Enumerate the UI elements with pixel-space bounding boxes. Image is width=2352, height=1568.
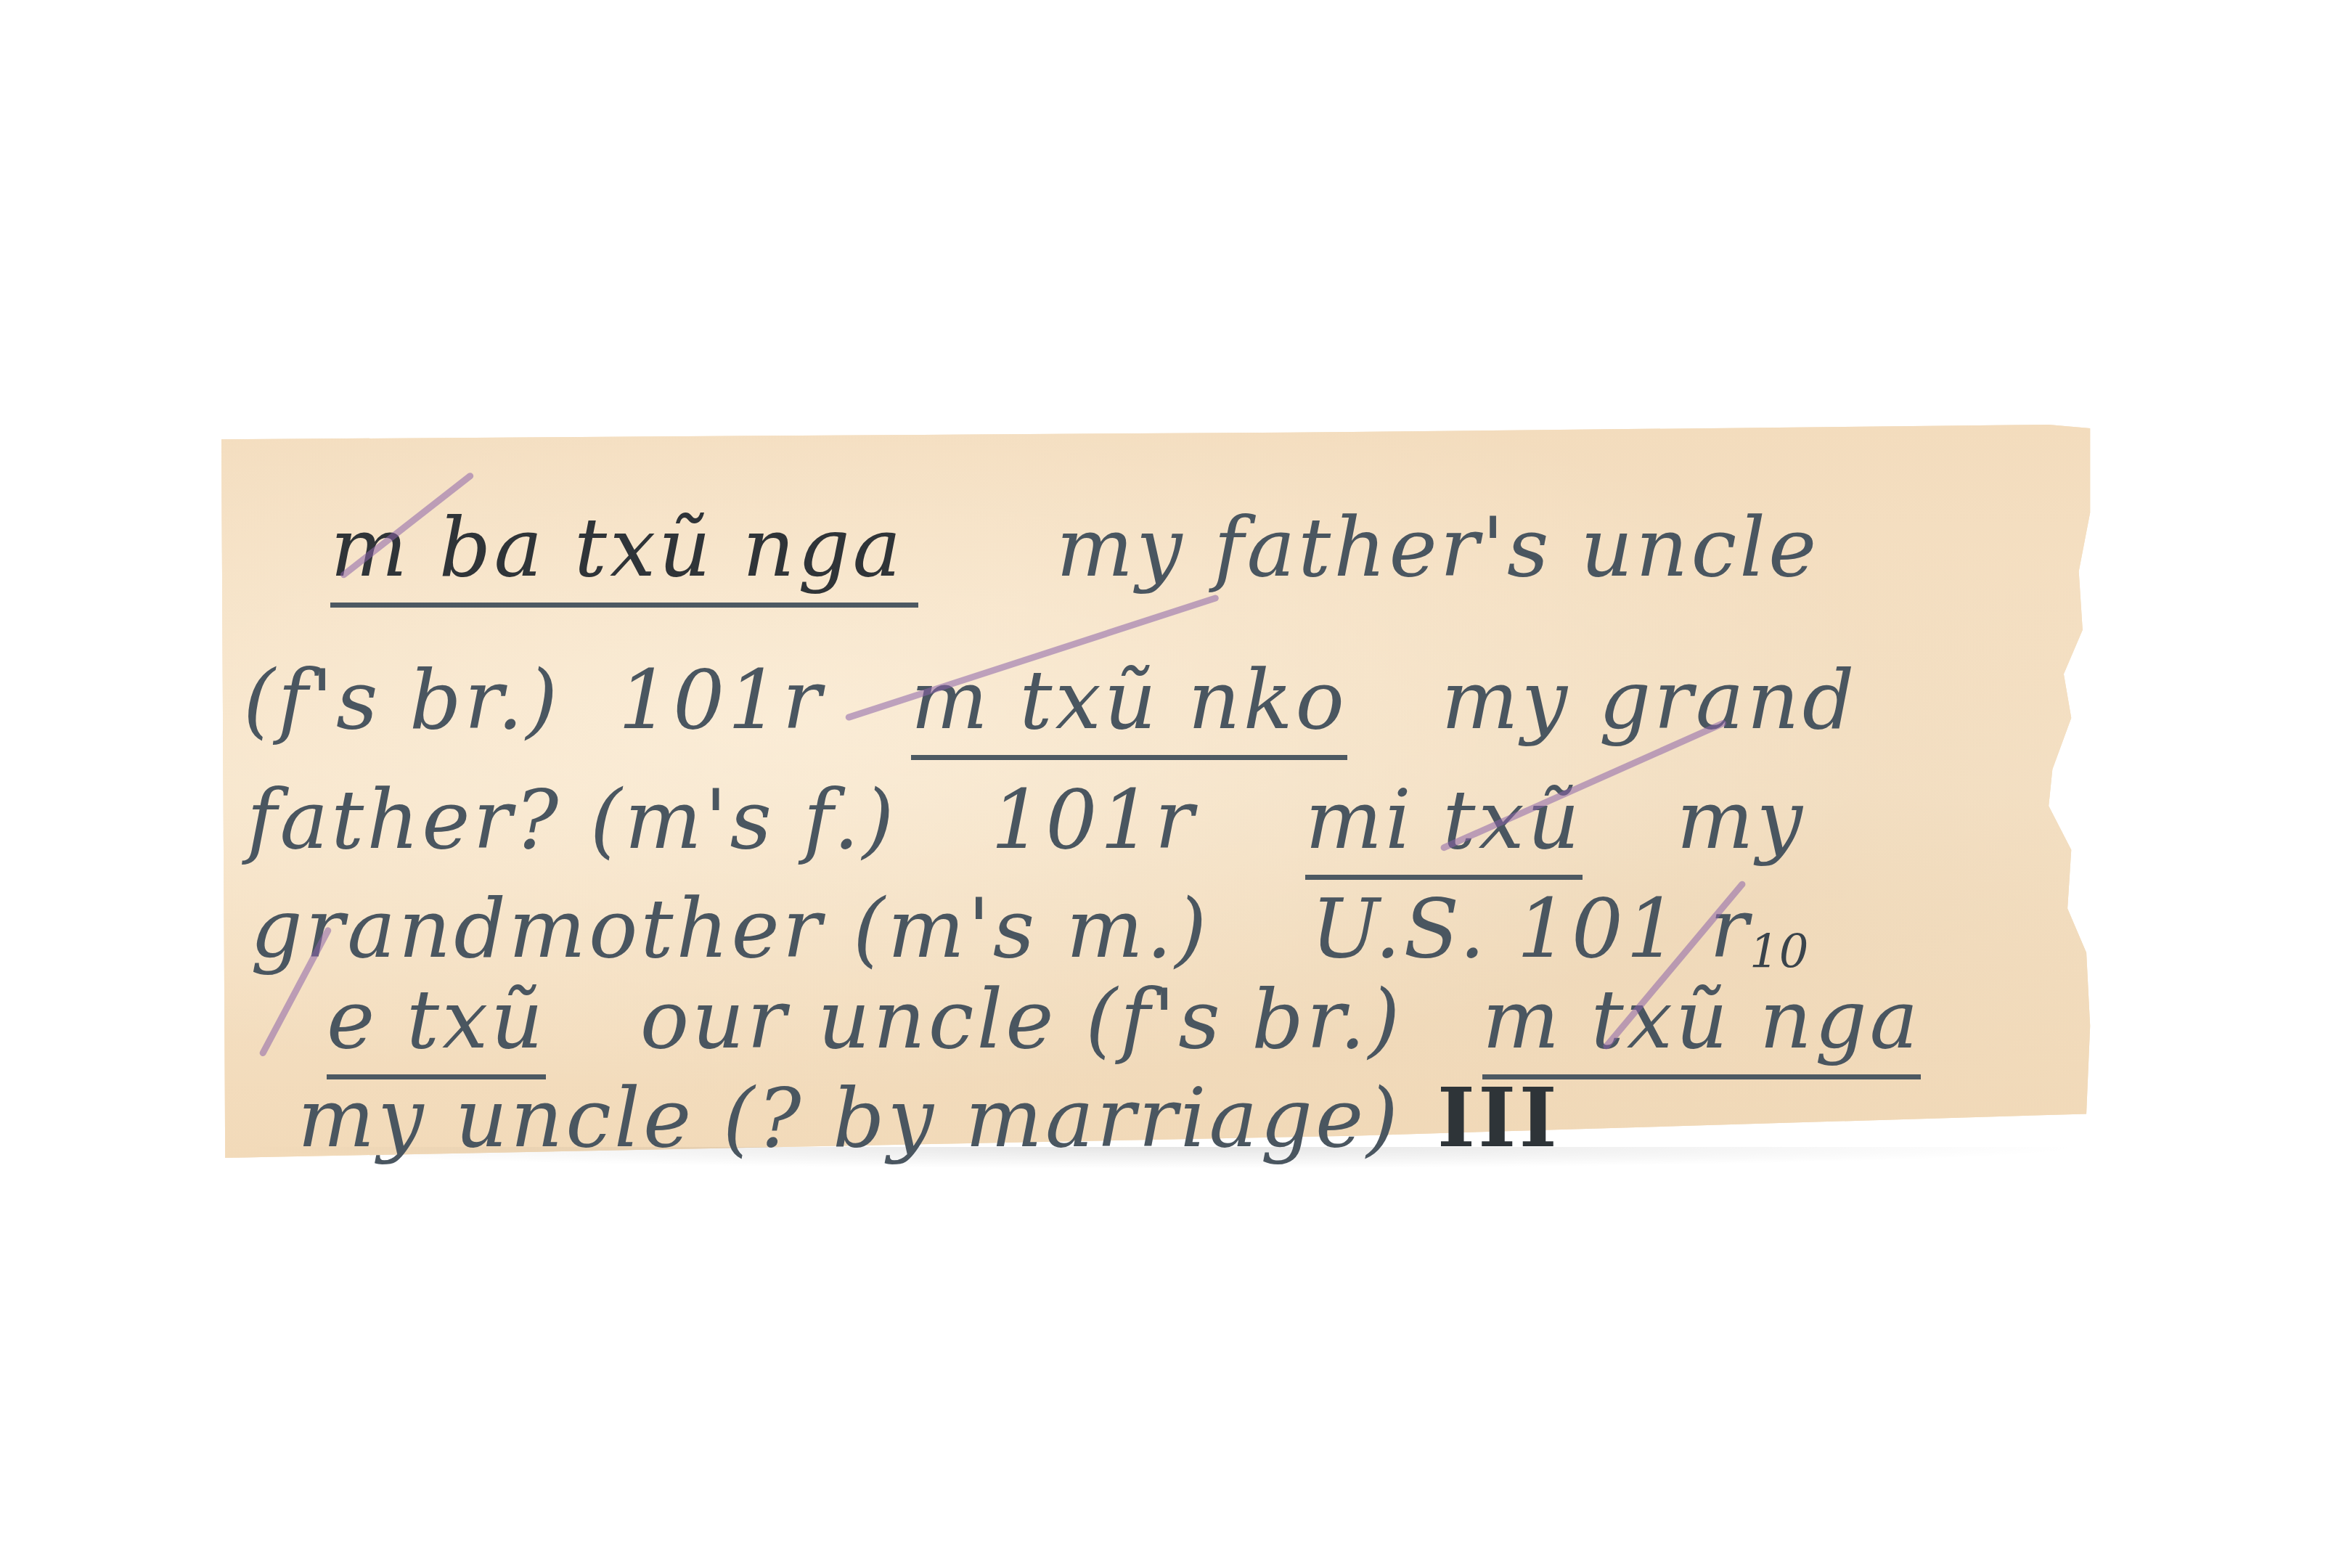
relation-father-m-s-f: father? (m's f.) [247,773,897,867]
superscript-10: 10 [1749,926,1808,979]
note-line-5: e txũ our uncle (f's br.) m txũ nga [327,973,1954,1079]
note-line-3: father? (m's f.) 101r mi txũ my [247,773,1839,880]
tally-marks: III [1437,1071,1560,1166]
gloss-my-grand: my grand [1442,653,1858,748]
term-m-txu-nga: m txũ nga [1482,973,1921,1079]
gloss-our-uncle-f-s-br: our uncle (f's br.) [640,973,1403,1067]
note-line-1: m ba txũ nga my father's uncle [330,501,1853,608]
term-mi-txu: mi txũ [1305,773,1583,880]
note-line-2: (f's br.) 101r m txũ nko my grand [243,653,1890,760]
gloss-my: my [1676,773,1805,867]
reference-101r: 101r [618,653,824,748]
note-line-6: my uncle (? by marriage) III [298,1071,1593,1166]
term-m-txu-nko: m txũ nko [911,653,1347,760]
term-e-txu: e txũ [327,973,546,1079]
reference-101r: 101r [991,773,1196,867]
gloss-my-uncle-by-marriage: my uncle (? by marriage) [298,1071,1401,1166]
relation-f-s-br: (f's br.) [243,653,560,748]
note-line-4: grandmother (m's m.) U.S. 101 r [250,882,1784,976]
gloss-fathers-uncle: my father's uncle [1056,501,1819,595]
reference-us-101r: U.S. 101 r [1311,882,1752,976]
relation-grandmother-m-s-m: grandmother (m's m.) [250,882,1209,976]
